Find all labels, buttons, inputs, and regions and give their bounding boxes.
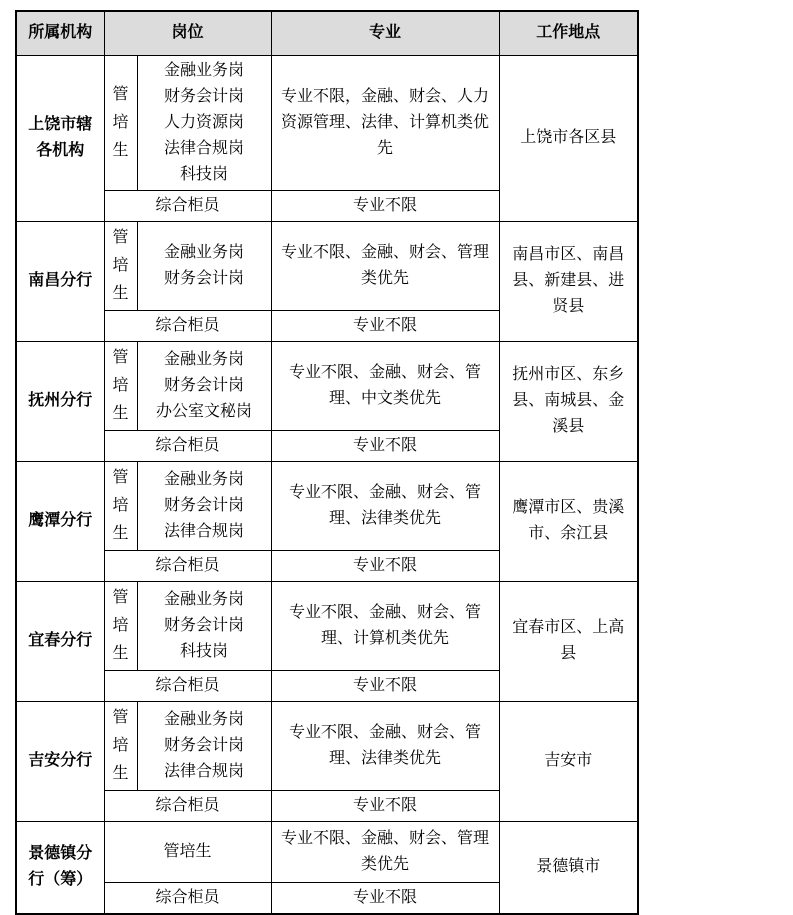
position-item: 法律合规岗	[143, 759, 266, 785]
teller-cell: 综合柜员	[104, 550, 271, 581]
table-row: 鹰潭分行 管培生 金融业务岗 财务会计岗 法律合规岗 专业不限、金融、财会、管理…	[16, 461, 638, 550]
org-cell: 鹰潭分行	[16, 461, 104, 581]
teller-major-cell: 专业不限	[271, 430, 499, 461]
header-org: 所属机构	[16, 11, 104, 55]
major-cell: 专业不限、金融、财会、管理、计算机类优先	[271, 581, 499, 670]
mgmt-track-label: 管培生	[112, 584, 129, 668]
position-item: 科技岗	[143, 639, 266, 665]
position-item: 金融业务岗	[143, 58, 266, 84]
table-row: 抚州分行 管培生 金融业务岗 财务会计岗 办公室文秘岗 专业不限、金融、财会、管…	[16, 341, 638, 430]
table-row: 吉安分行 管培生 金融业务岗 财务会计岗 法律合规岗 专业不限、金融、财会、管理…	[16, 701, 638, 790]
page: 所属机构 岗位 专业 工作地点 上饶市辖各机构 管培生 金融业务岗 财务会计岗 …	[0, 0, 793, 858]
mgmt-track-label: 管培生	[112, 81, 129, 165]
mgmt-track-cell: 管培生	[104, 581, 137, 670]
org-cell: 抚州分行	[16, 341, 104, 461]
major-cell: 专业不限、金融、财会、管理类优先	[271, 221, 499, 310]
positions-cell: 金融业务岗 财务会计岗 科技岗	[137, 581, 271, 670]
teller-cell: 综合柜员	[104, 310, 271, 341]
position-item: 财务会计岗	[143, 266, 266, 292]
position-item: 科技岗	[143, 162, 266, 188]
position-item: 法律合规岗	[143, 136, 266, 162]
positions-cell: 金融业务岗 财务会计岗 法律合规岗	[137, 701, 271, 790]
org-cell: 景德镇分行（筹）	[16, 821, 104, 914]
location-cell: 吉安市	[499, 701, 638, 821]
teller-major-cell: 专业不限	[271, 790, 499, 821]
mgmt-track-cell: 管培生	[104, 341, 137, 430]
table-header-row: 所属机构 岗位 专业 工作地点	[16, 11, 638, 55]
teller-major-cell: 专业不限	[271, 310, 499, 341]
table-row: 南昌分行 管培生 金融业务岗 财务会计岗 专业不限、金融、财会、管理类优先 南昌…	[16, 221, 638, 310]
position-item: 金融业务岗	[143, 707, 266, 733]
header-location: 工作地点	[499, 11, 638, 55]
org-cell: 南昌分行	[16, 221, 104, 341]
position-item: 财务会计岗	[143, 733, 266, 759]
major-cell: 专业不限、金融、财会、管理、法律类优先	[271, 461, 499, 550]
position-item: 财务会计岗	[143, 493, 266, 519]
mgmt-track-label: 管培生	[112, 464, 129, 548]
position-item: 财务会计岗	[143, 84, 266, 110]
position-item: 法律合规岗	[143, 519, 266, 545]
teller-cell: 综合柜员	[104, 430, 271, 461]
teller-major-cell: 专业不限	[271, 670, 499, 701]
mgmt-track-label: 管培生	[112, 224, 129, 308]
teller-cell: 综合柜员	[104, 670, 271, 701]
position-item: 金融业务岗	[143, 587, 266, 613]
mgmt-track-cell: 管培生	[104, 55, 137, 190]
org-cell: 吉安分行	[16, 701, 104, 821]
location-cell: 抚州市区、东乡县、南城县、金溪县	[499, 341, 638, 461]
major-cell: 专业不限、金融、财会、管理类优先	[271, 821, 499, 882]
teller-major-cell: 专业不限	[271, 550, 499, 581]
major-cell: 专业不限，金融、财会、人力资源管理、法律、计算机类优先	[271, 55, 499, 190]
position-item: 人力资源岗	[143, 110, 266, 136]
teller-cell: 综合柜员	[104, 790, 271, 821]
position-item: 金融业务岗	[143, 467, 266, 493]
header-position: 岗位	[104, 11, 271, 55]
position-item: 财务会计岗	[143, 373, 266, 399]
table-row: 宜春分行 管培生 金融业务岗 财务会计岗 科技岗 专业不限、金融、财会、管理、计…	[16, 581, 638, 670]
major-cell: 专业不限、金融、财会、管理、中文类优先	[271, 341, 499, 430]
positions-cell: 金融业务岗 财务会计岗 人力资源岗 法律合规岗 科技岗	[137, 55, 271, 190]
position-item: 金融业务岗	[143, 347, 266, 373]
positions-cell: 金融业务岗 财务会计岗 办公室文秘岗	[137, 341, 271, 430]
teller-cell: 综合柜员	[104, 190, 271, 221]
table-row: 上饶市辖各机构 管培生 金融业务岗 财务会计岗 人力资源岗 法律合规岗 科技岗 …	[16, 55, 638, 190]
table-row: 景德镇分行（筹） 管培生 专业不限、金融、财会、管理类优先 景德镇市	[16, 821, 638, 882]
mgmt-track-cell: 管培生	[104, 821, 271, 882]
location-cell: 上饶市各区县	[499, 55, 638, 221]
recruitment-table: 所属机构 岗位 专业 工作地点 上饶市辖各机构 管培生 金融业务岗 财务会计岗 …	[15, 10, 639, 915]
header-major: 专业	[271, 11, 499, 55]
position-item: 办公室文秘岗	[143, 399, 266, 425]
major-cell: 专业不限、金融、财会、管理、法律类优先	[271, 701, 499, 790]
org-cell: 上饶市辖各机构	[16, 55, 104, 221]
org-cell: 宜春分行	[16, 581, 104, 701]
mgmt-track-cell: 管培生	[104, 221, 137, 310]
location-cell: 南昌市区、南昌县、新建县、进贤县	[499, 221, 638, 341]
teller-major-cell: 专业不限	[271, 882, 499, 914]
teller-cell: 综合柜员	[104, 882, 271, 914]
location-cell: 鹰潭市区、贵溪市、余江县	[499, 461, 638, 581]
position-item: 财务会计岗	[143, 613, 266, 639]
positions-cell: 金融业务岗 财务会计岗	[137, 221, 271, 310]
positions-cell: 金融业务岗 财务会计岗 法律合规岗	[137, 461, 271, 550]
mgmt-track-label: 管培生	[112, 704, 129, 788]
mgmt-track-cell: 管培生	[104, 701, 137, 790]
location-cell: 景德镇市	[499, 821, 638, 914]
teller-major-cell: 专业不限	[271, 190, 499, 221]
position-item: 金融业务岗	[143, 240, 266, 266]
mgmt-track-cell: 管培生	[104, 461, 137, 550]
mgmt-track-label: 管培生	[112, 344, 129, 428]
location-cell: 宜春市区、上高县	[499, 581, 638, 701]
